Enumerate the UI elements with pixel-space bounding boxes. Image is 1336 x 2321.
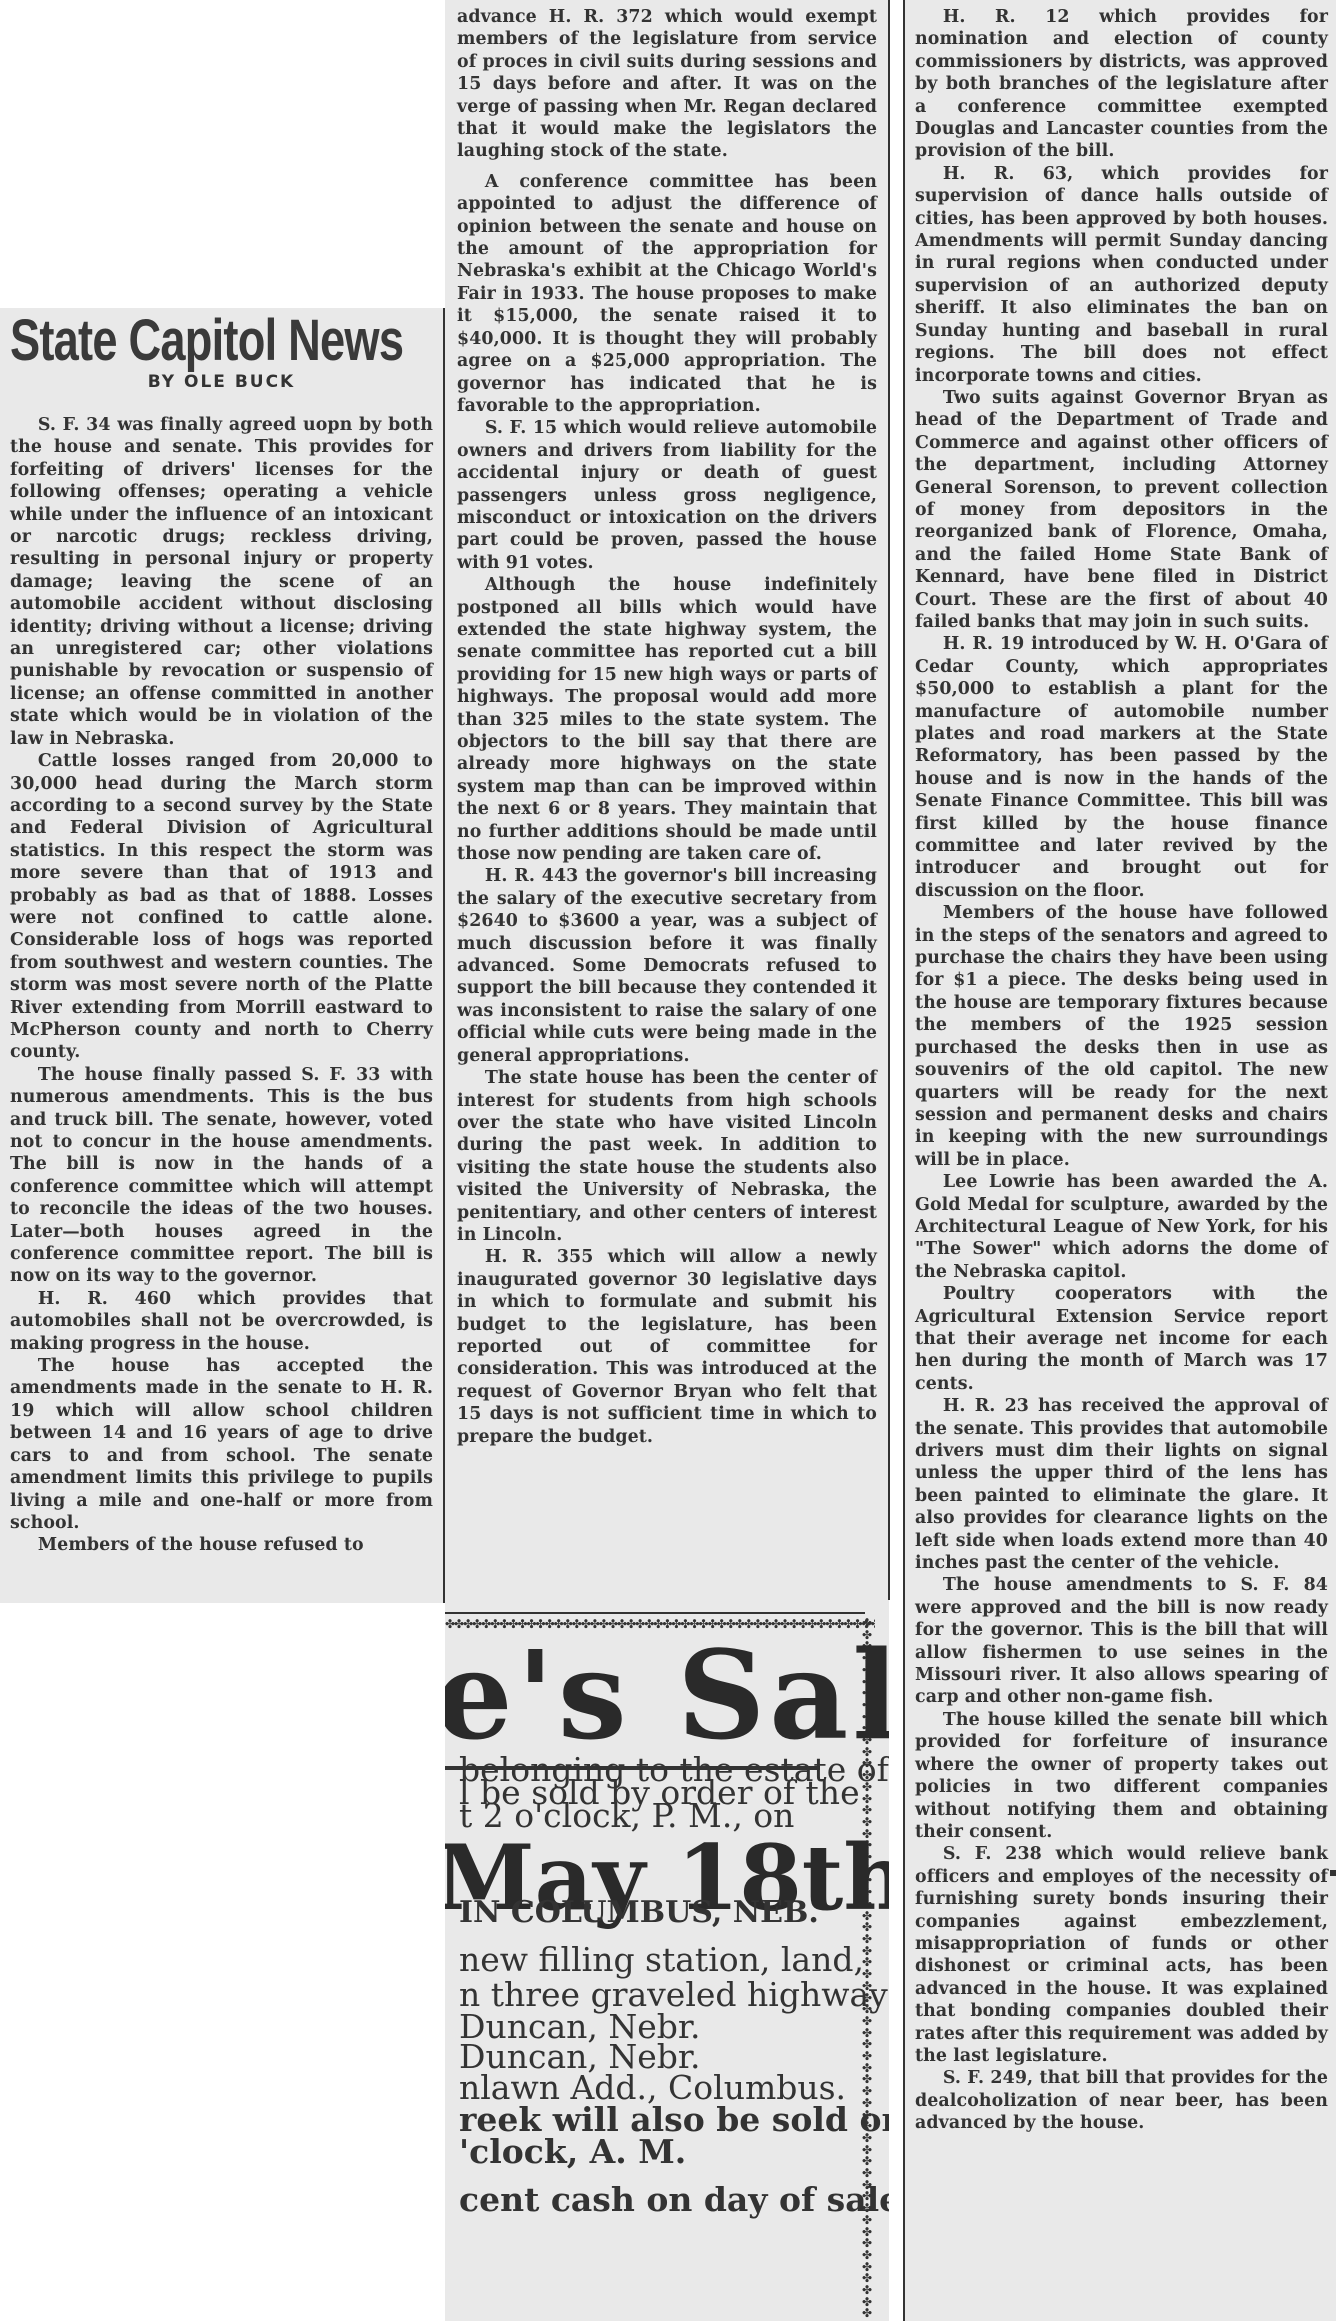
ad-detail-line: new filling station, land, (459, 1940, 864, 1979)
column-rule (888, 0, 890, 1600)
paragraph: S. F. 249, that bill that provides for t… (915, 2067, 1328, 2134)
ad-detail-line: 'clock, A. M. (459, 2132, 686, 2171)
paragraph: S. F. 238 which would relieve bank offic… (915, 1843, 1328, 2067)
paragraph: The state house has been the center of i… (457, 1067, 877, 1246)
article-byline: BY OLE BUCK (0, 372, 443, 392)
middle-column: advance H. R. 372 which would exempt mem… (445, 0, 889, 1600)
paragraph: H. R. 23 has received the approval of th… (915, 1395, 1328, 1574)
paragraph: H. R. 63, which provides for supervision… (915, 163, 1328, 387)
paragraph: The house amendments to S. F. 84 were ap… (915, 1574, 1328, 1708)
ad-border-rule (445, 1612, 865, 1614)
right-column: H. R. 12 which provides for nomination a… (905, 0, 1336, 2321)
ad-detail-line: cent cash on day of sale. (459, 2180, 889, 2219)
paragraph: H. R. 12 which provides for nomination a… (915, 6, 1328, 163)
paragraph: S. F. 34 was finally agreed uopn by both… (10, 414, 433, 750)
paragraph: Poultry cooperators with the Agricultura… (915, 1283, 1328, 1395)
paragraph: Two suits against Governor Bryan as head… (915, 387, 1328, 633)
ad-location: IN COLUMBUS, NEB. (459, 1895, 819, 1930)
edge-mark (1330, 1870, 1336, 1876)
paragraph: advance H. R. 372 which would exempt mem… (457, 6, 877, 163)
paragraph: Members of the house refused to (10, 1534, 433, 1556)
paragraph: S. F. 15 which would relieve automobile … (457, 417, 877, 574)
paragraph: The house has accepted the amendments ma… (10, 1355, 433, 1534)
paragraph: H. R. 443 the governor's bill increasing… (457, 865, 877, 1067)
paragraph: H. R. 19 introduced by W. H. O'Gara of C… (915, 633, 1328, 902)
paragraph: Although the house indefinitely postpone… (457, 574, 877, 865)
sale-advertisement: ✤✤✤✤✤✤✤✤✤✤✤✤✤✤✤✤✤✤✤✤✤✤✤✤✤✤✤✤✤✤✤✤✤✤✤✤✤✤✤✤… (445, 1600, 889, 2321)
article-header: State Capitol News BY OLE BUCK (0, 308, 443, 408)
paragraph: The house killed the senate bill which p… (915, 1709, 1328, 1843)
paragraph: H. R. 355 which will allow a newly inaug… (457, 1246, 877, 1448)
paragraph: The house finally passed S. F. 33 with n… (10, 1064, 433, 1288)
paragraph: H. R. 460 which provides that automobile… (10, 1288, 433, 1355)
left-column-body: S. F. 34 was finally agreed uopn by both… (0, 408, 443, 1557)
article-headline: State Capitol News (10, 308, 348, 374)
ad-title: e's Sale (445, 1630, 889, 1760)
paragraph: Lee Lowrie has been awarded the A. Gold … (915, 1171, 1328, 1283)
paragraph: Members of the house have followed in th… (915, 902, 1328, 1171)
paragraph: Cattle losses ranged from 20,000 to 30,0… (10, 750, 433, 1064)
column-rule (903, 0, 905, 2321)
paragraph: A conference committee has been appointe… (457, 171, 877, 417)
